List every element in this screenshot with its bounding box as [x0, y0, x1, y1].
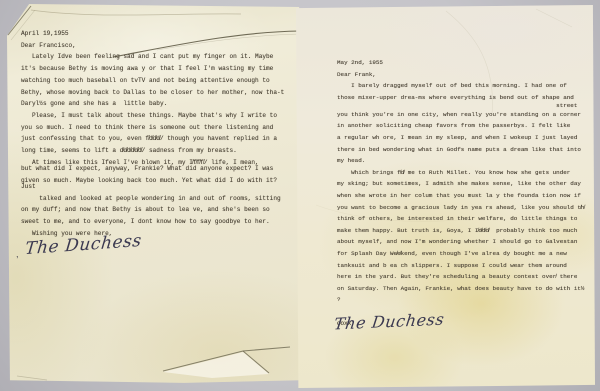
typed-line: Please, I must talk about these things. …	[21, 110, 284, 122]
typed-line: Daryl½s gone and she has a little baby.	[21, 98, 284, 110]
typed-line: a regular wh ore, I mean in my sleep, an…	[337, 132, 584, 144]
scanned-letters-background: April 19,1955Dear Francisco, Lately Idve…	[0, 0, 600, 391]
typed-line: talked and looked at people wondering in…	[21, 193, 284, 205]
typed-line: Which brings f̸d̸ me to Ruth Millet. You…	[337, 167, 584, 179]
typed-line: May 2nd, 1955	[337, 57, 584, 69]
typed-line: but what did I expect, anyway, Frankie? …	[21, 163, 284, 175]
typed-line: you think you're in one city, when reall…	[337, 109, 584, 121]
typed-line: just confessing that to you, even f̸d̸d̸…	[21, 133, 284, 145]
typed-line: it's because Bethy is moving awa y or th…	[21, 63, 284, 75]
typed-line: long time, seems to lift a d̸d̸d̸d̸d̸d̸/…	[21, 145, 284, 157]
typed-line: ?	[337, 294, 584, 306]
typed-line: April 19,1955	[21, 28, 284, 40]
typed-line: on my duff; and now that Bethy is about …	[21, 204, 284, 216]
typed-line: for Splash Day We̸e̸kend, even though I'…	[337, 248, 584, 260]
may-signature-the-duchess: The Duchess	[333, 310, 446, 334]
typed-line: you want to become a gracious lady in ye…	[337, 202, 584, 214]
typed-line: there in bed wondering what in Godfs nam…	[337, 144, 584, 156]
letter-page-may: May 2nd, 1955Dear Frank, I barely dragge…	[296, 5, 595, 388]
typed-line: my head.	[337, 155, 584, 167]
typed-line: in another soliciting cheap favors from …	[337, 120, 584, 132]
typed-line: you so much. I need to think there is so…	[21, 122, 284, 134]
april-letter-body: April 19,1955Dear Francisco, Lately Idve…	[21, 28, 284, 239]
typed-line: on Saturday. Then Again, Frankie, what d…	[337, 283, 584, 295]
typed-line: watching too much baseball on tvTV and n…	[21, 75, 284, 87]
typed-line: given so much. Maybe looking back too mu…	[21, 175, 284, 187]
typed-line: Lately Idve been feeling sad and I cant …	[21, 51, 284, 63]
typed-line: here in the yard. But they're scheduling…	[337, 271, 584, 283]
typed-line: sweet to me, and to everyone, I dont kno…	[21, 216, 284, 228]
letter-page-april: April 19,1955Dear Francisco, Lately Idve…	[7, 4, 302, 384]
typed-line: tanksuit and b ea ch slippers. I suppose…	[337, 260, 584, 272]
typed-line: Bethy, whose moving back to Dallas to be…	[21, 87, 284, 99]
typed-line: my sking; but sometimes, I admith she ma…	[337, 178, 584, 190]
may-letter-body: May 2nd, 1955Dear Frank, I barely dragge…	[337, 57, 584, 329]
typed-line: Dear Frank,	[337, 69, 584, 81]
ink-mark: ,	[16, 249, 19, 259]
typed-line: when she wrote in her colum that you mus…	[337, 190, 584, 202]
typed-line: think of others, be interested in their …	[337, 213, 584, 225]
typed-line: Dear Francisco,	[21, 40, 284, 52]
typed-line: about myself, and now I'm wondering whet…	[337, 236, 584, 248]
typed-line: I barely dragged myself out of bed this …	[337, 80, 584, 92]
typed-line: make them happy. But truth is, Goya, I I…	[337, 225, 584, 237]
